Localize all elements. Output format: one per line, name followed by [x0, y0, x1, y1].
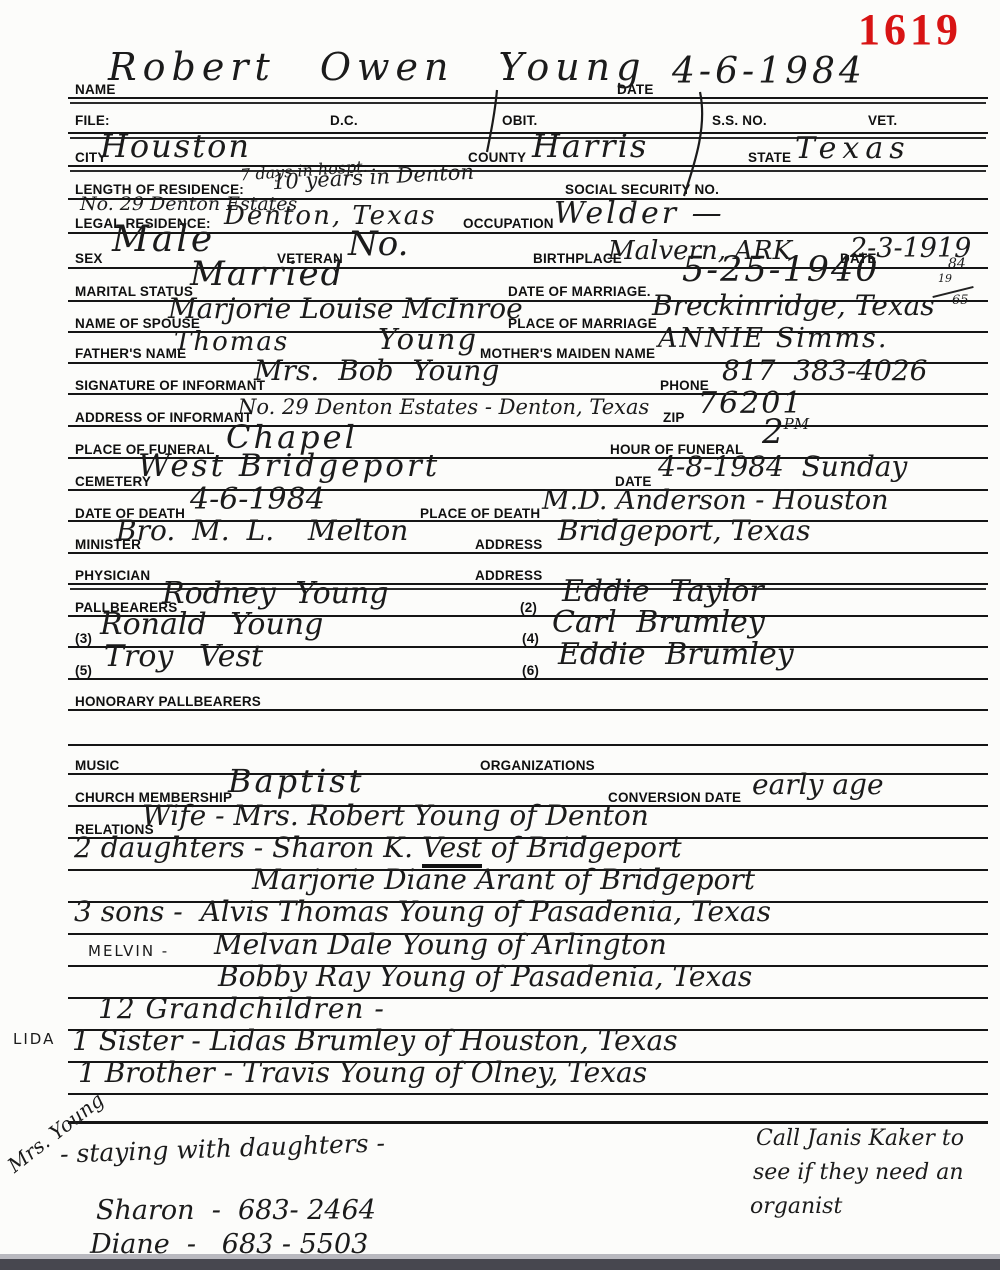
entry-mothers-maiden-name: ANNIE Simms.	[658, 325, 888, 352]
entry-pallbearer-6: Eddie Brumley	[558, 640, 794, 670]
entry-place-of-marriage: Breckinridge, Texas	[652, 292, 935, 320]
label-fathers-name: FATHER'S NAME	[75, 346, 186, 361]
entry-hour-of-funeral: 2PM	[762, 415, 809, 449]
entry-state: Texas	[795, 134, 911, 164]
rule-relations-9	[68, 1093, 988, 1095]
entry-phone: 817 383-4026	[722, 357, 927, 385]
entry-fathers-surname: Young	[378, 325, 478, 354]
note-call-organist-3: organist	[750, 1196, 842, 1218]
relation-sons: 3 sons - Alvis Thomas Young of Pasadenia…	[74, 898, 771, 926]
document-number-stamp: 1619	[858, 8, 962, 52]
label-place-of-marriage: PLACE OF MARRIAGE	[508, 316, 657, 331]
relation-son-bobby: Bobby Ray Young of Pasadenia, Texas	[218, 963, 752, 991]
relation-wife: Wife - Mrs. Robert Young of Denton	[142, 802, 649, 830]
label-honorary-pallbearers: HONORARY PALLBEARERS	[75, 694, 261, 709]
entry-pallbearer-3: Ronald Young	[100, 610, 323, 640]
relation-daughters-prefix: 2 daughters - Sharon K.	[74, 831, 422, 864]
note-call-organist-2: see if they need an	[753, 1162, 964, 1184]
entry-conversion-date: early age	[752, 771, 884, 799]
label-organizations: ORGANIZATIONS	[480, 758, 595, 773]
age-calc-top: 84	[948, 257, 966, 271]
entry-county: Harris	[532, 130, 648, 162]
label-pallbearer-3: (3)	[75, 631, 92, 646]
entry-occupation: Welder —	[554, 199, 725, 229]
entry-date: 4-6-1984	[672, 54, 866, 90]
label-state: STATE	[748, 150, 791, 165]
entry-date-of-death: 4-6-1984	[190, 485, 325, 515]
label-physician: PHYSICIAN	[75, 568, 150, 583]
label-mothers-maiden-name: MOTHER'S MAIDEN NAME	[480, 346, 655, 361]
label-vet: VET.	[868, 113, 897, 128]
label-music: MUSIC	[75, 758, 120, 773]
entry-pallbearer-4: Carl Brumley	[552, 608, 765, 638]
entry-place-of-death: M.D. Anderson - Houston	[542, 487, 888, 514]
scan-edge-dark	[0, 1259, 1000, 1270]
entry-minister-address: Bridgeport, Texas	[558, 517, 810, 545]
relation-daughter-2: Marjorie Diane Arant of Bridgeport	[252, 866, 755, 894]
label-pallbearer-5: (5)	[75, 663, 92, 678]
age-calc-bottom: 65	[952, 294, 969, 307]
relation-melvin-margin: MELVIN -	[88, 944, 169, 959]
entry-fathers-name: Thomas	[174, 329, 289, 355]
note-staying-with-daughters: - staying with daughters -	[60, 1130, 386, 1166]
rule-minister	[68, 552, 988, 554]
label-obit: OBIT.	[502, 113, 538, 128]
label-occupation: OCCUPATION	[463, 216, 554, 231]
funeral-record-form: 1619 NAME DATE FILE: D.C. OBIT. S.S. NO.…	[0, 0, 1000, 1270]
entry-church-membership: Baptist	[228, 765, 364, 797]
rule-pallbearers-3	[68, 678, 988, 680]
rule-bottom	[68, 1121, 988, 1124]
entry-minister: Bro. M. L. Melton	[116, 517, 408, 545]
label-county: COUNTY	[468, 150, 526, 165]
entry-signature-of-informant: Mrs. Bob Young	[254, 357, 499, 385]
label-minister-address: ADDRESS	[475, 537, 542, 552]
entry-date-of-marriage: 5-25-1940	[682, 253, 880, 288]
relation-grandchildren: 12 Grandchildren -	[98, 995, 385, 1023]
entry-name: Robert Owen Young	[108, 48, 646, 86]
entry-pallbearer-1: Rodney Young	[162, 579, 389, 609]
relation-lida-margin: LIDA	[13, 1032, 55, 1047]
label-ssno: S.S. NO.	[712, 113, 767, 128]
entry-name-of-spouse: Marjorie Louise McInroe	[168, 295, 523, 323]
age-calc-middle: 19	[938, 273, 952, 284]
label-pallbearer-6: (6)	[522, 663, 539, 678]
label-pallbearer-4: (4)	[522, 631, 539, 646]
entry-sex: Male	[112, 222, 215, 258]
note-call-organist-1: Call Janis Kaker to	[756, 1128, 964, 1150]
entry-veteran: No.	[348, 227, 408, 261]
hour-am-pm: PM	[784, 415, 809, 433]
label-dc: D.C.	[330, 113, 358, 128]
rule-name	[68, 97, 988, 99]
label-signature-of-informant: SIGNATURE OF INFORMANT	[75, 378, 265, 393]
entry-cemetery-date: 4-8-1984 Sunday	[658, 453, 907, 481]
relation-brother: 1 Brother - Travis Young of Olney, Texas	[78, 1059, 647, 1087]
label-sex: SEX	[75, 251, 103, 266]
label-file: FILE:	[75, 113, 110, 128]
rule-blank	[68, 744, 988, 746]
entry-cemetery: West Bridgeport	[138, 451, 440, 482]
rule-honorary	[68, 709, 988, 711]
relation-son-melvin: Melvan Dale Young of Arlington	[214, 931, 667, 959]
entry-address-of-informant: No. 29 Denton Estates - Denton, Texas	[238, 397, 649, 418]
rule-informant-address	[68, 425, 988, 427]
relation-sister: 1 Sister - Lidas Brumley of Houston, Tex…	[72, 1027, 678, 1055]
relation-daughters: 2 daughters - Sharon K. Vest of Bridgepo…	[74, 834, 682, 862]
entry-city: Houston	[100, 130, 251, 162]
label-zip: ZIP	[663, 410, 685, 425]
label-pallbearer-2: (2)	[520, 600, 537, 615]
label-social-security: SOCIAL SECURITY NO.	[565, 182, 719, 197]
hour-value: 2	[762, 412, 784, 452]
relation-daughters-suffix: of Bridgeport	[482, 831, 682, 864]
label-physician-address: ADDRESS	[475, 568, 542, 583]
entry-pallbearer-2: Eddie Taylor	[562, 577, 764, 607]
label-place-of-death: PLACE OF DEATH	[420, 506, 540, 521]
entry-pallbearer-5: Troy Vest	[104, 642, 263, 672]
note-sharon-phone: Sharon - 683- 2464	[96, 1197, 376, 1224]
entry-marital-status: Married	[190, 257, 344, 291]
label-date-of-marriage: DATE OF MARRIAGE.	[508, 284, 651, 299]
